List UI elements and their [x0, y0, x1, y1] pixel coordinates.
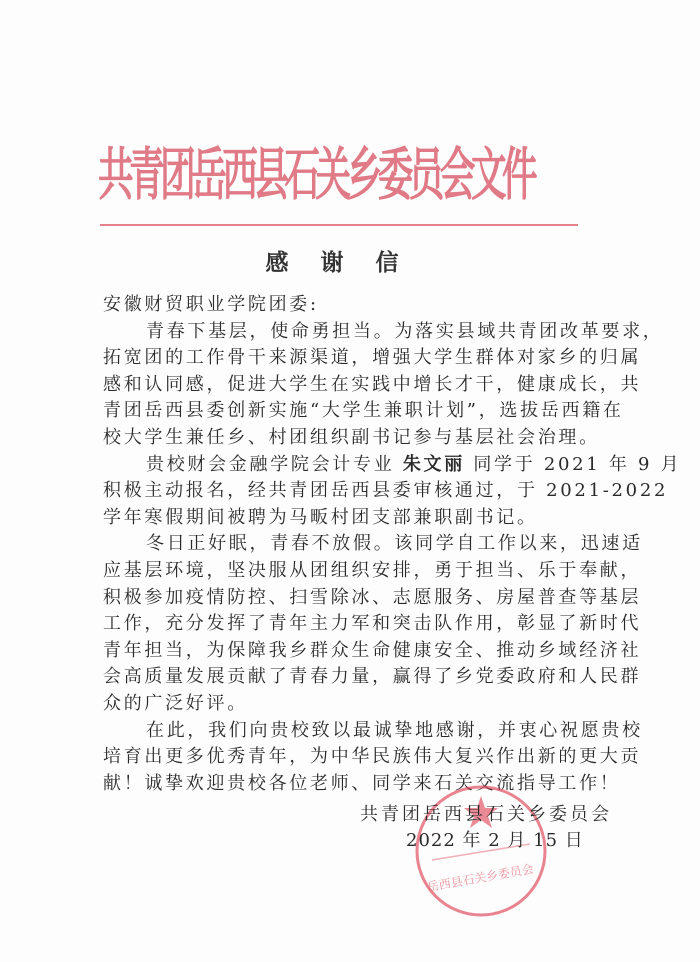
text-line: 工作，充分发挥了青年主力军和突击队作用，彰显了新时代 — [103, 611, 623, 638]
paragraph-2: 贵校财会金融学院会计专业 朱文丽 同学于 2021 年 9 月 积极主动报名，经… — [103, 452, 623, 532]
signature-date: 2022 年 2 月 15 日 — [406, 826, 584, 852]
text-line: 应基层环境，坚决服从团组织安排，勇于担当、乐于奉献， — [103, 558, 623, 585]
text-line: 积极参加疫情防控、扫雪除冰、志愿服务、房屋普查等基层 — [103, 585, 623, 612]
text-line: 冬日正好眠，青春不放假。该同学自工作以来，迅速适 — [103, 531, 623, 558]
text-line: 众的广泛好评。 — [103, 691, 623, 718]
masthead-title: 共青团岳西县石关乡委员会文件 — [98, 128, 455, 222]
paragraph-3: 冬日正好眠，青春不放假。该同学自工作以来，迅速适 应基层环境，坚决服从团组织安排… — [103, 531, 623, 717]
text-segment: 同学于 2021 年 9 月 — [465, 454, 681, 475]
salutation: 安徽财贸职业学院团委: — [103, 292, 623, 319]
letter-title: 感 谢 信 — [0, 244, 676, 277]
red-divider-line — [100, 224, 578, 226]
text-line: 校大学生兼任乡、村团组织副书记参与基层社会治理。 — [103, 425, 623, 452]
text-line: 学年寒假期间被聘为马畈村团支部兼职副书记。 — [103, 505, 623, 532]
paragraph-1: 青春下基层，使命勇担当。为落实县域共青团改革要求， 拓宽团的工作骨干来源渠道，增… — [103, 319, 623, 452]
seal-text: 岳西县石关乡委员会 — [426, 861, 535, 895]
text-line: 青团岳西县委创新实施“大学生兼职计划”，选拔岳西籍在 — [103, 398, 623, 425]
text-line: 培育出更多优秀青年，为中华民族伟大复兴作出新的更大贡 — [103, 744, 623, 771]
signature-organization: 共青团岳西县石关乡委员会 — [360, 800, 612, 826]
document-page: 共青团岳西县石关乡委员会文件 感 谢 信 安徽财贸职业学院团委: 青春下基层，使… — [0, 0, 700, 962]
text-line: 感和认同感，促进大学生在实践中增长才干，健康成长，共 — [103, 372, 623, 399]
text-line: 青春下基层，使命勇担当。为落实县域共青团改革要求， — [103, 319, 623, 346]
text-line: 积极主动报名，经共青团岳西县委审核通过，于 2021-2022 — [103, 478, 623, 505]
text-line: 青年担当，为保障我乡群众生命健康安全、推动乡域经济社 — [103, 638, 623, 665]
text-line: 贵校财会金融学院会计专业 朱文丽 同学于 2021 年 9 月 — [103, 452, 623, 479]
student-name: 朱文丽 — [403, 454, 465, 475]
text-line: 拓宽团的工作骨干来源渠道，增强大学生群体对家乡的归属 — [103, 345, 623, 372]
letter-body: 安徽财贸职业学院团委: 青春下基层，使命勇担当。为落实县域共青团改革要求， 拓宽… — [103, 292, 623, 797]
text-line: 在此，我们向贵校致以最诚挚地感谢，并衷心祝愿贵校 — [103, 718, 623, 745]
text-segment: 贵校财会金融学院会计专业 — [146, 454, 403, 475]
text-line: 会高质量发展贡献了青春力量，赢得了乡党委政府和人民群 — [103, 664, 623, 691]
